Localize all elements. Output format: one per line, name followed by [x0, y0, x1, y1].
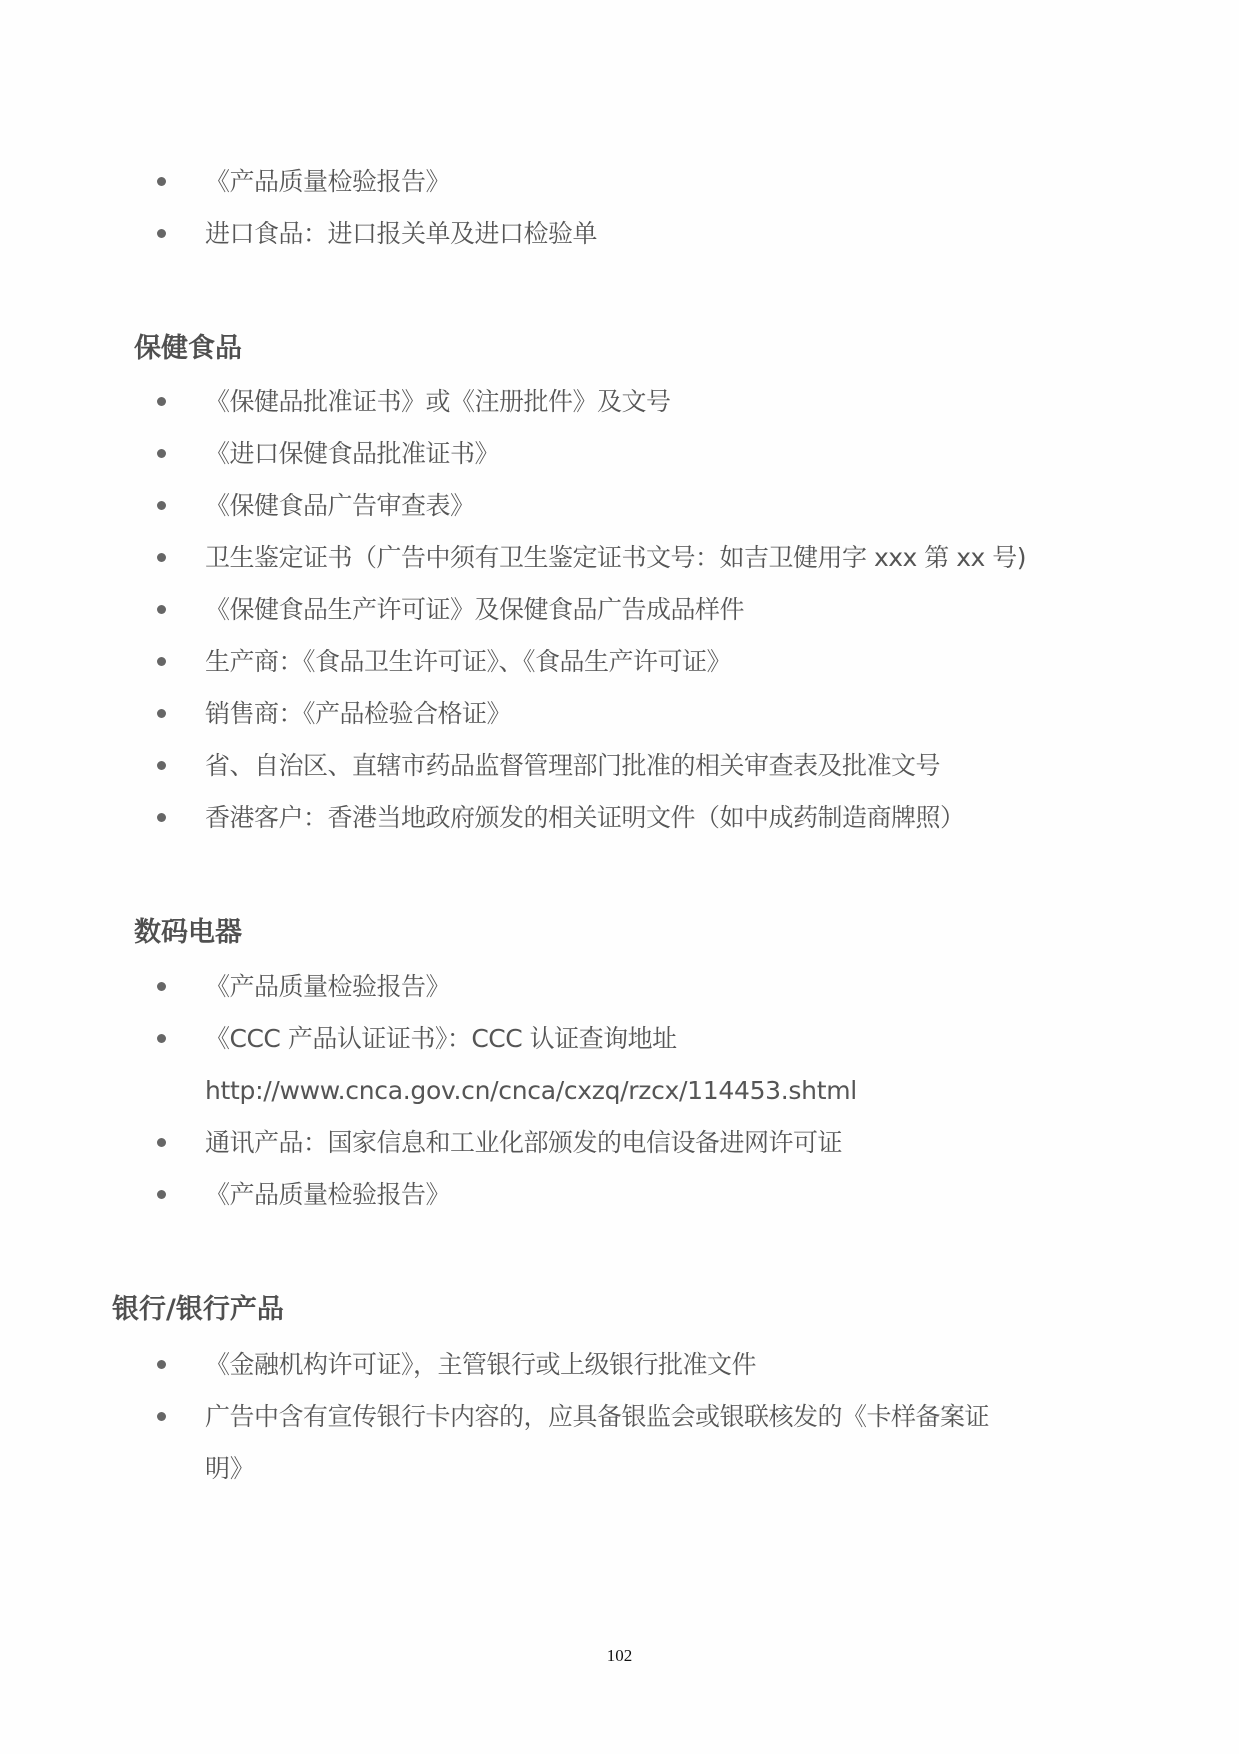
- list-item-text: 香港客户：香港当地政府颁发的相关证明文件（如中成药制造商牌照）: [205, 800, 965, 836]
- list-item-text: 省、自治区、直辖市药品监督管理部门批准的相关审查表及批准文号: [205, 748, 940, 784]
- bullet-icon: [157, 982, 166, 991]
- bullet-icon: [157, 449, 166, 458]
- bullet-icon: [157, 605, 166, 614]
- bullet-icon: [157, 709, 166, 718]
- list-item-text: 进口食品：进口报关单及进口检验单: [205, 216, 597, 252]
- bullet-icon: [157, 1412, 166, 1421]
- list-item-continuation: 明》: [205, 1451, 254, 1487]
- section-heading-digital-appliances: 数码电器: [134, 916, 242, 950]
- bullet-icon: [157, 177, 166, 186]
- bullet-icon: [157, 229, 166, 238]
- bullet-icon: [157, 1360, 166, 1369]
- bullet-icon: [157, 553, 166, 562]
- bullet-icon: [157, 813, 166, 822]
- list-item-text: 《保健品批准证书》或《注册批件》及文号: [205, 384, 671, 420]
- bullet-icon: [157, 1034, 166, 1043]
- page-number: 102: [0, 1646, 1239, 1666]
- list-item-text: 《产品质量检验报告》: [205, 969, 450, 1005]
- bullet-icon: [157, 397, 166, 406]
- bullet-icon: [157, 1138, 166, 1147]
- list-item-text: 《产品质量检验报告》: [205, 1177, 450, 1213]
- bullet-icon: [157, 1190, 166, 1199]
- section-heading-banking: 银行/银行产品: [112, 1293, 284, 1327]
- list-item-text: 《保健食品广告审查表》: [205, 488, 475, 524]
- list-item-text: 卫生鉴定证书（广告中须有卫生鉴定证书文号：如吉卫健用字 xxx 第 xx 号): [205, 540, 1026, 576]
- list-item-text: 通讯产品：国家信息和工业化部颁发的电信设备进网许可证: [205, 1125, 842, 1161]
- url-text: http://www.cnca.gov.cn/cnca/cxzq/rzcx/11…: [205, 1073, 857, 1109]
- list-item-text: 《保健食品生产许可证》及保健食品广告成品样件: [205, 592, 744, 628]
- list-item-text: 广告中含有宣传银行卡内容的，应具备银监会或银联核发的《卡样备案证: [205, 1399, 989, 1435]
- list-item-text: 《产品质量检验报告》: [205, 164, 450, 200]
- document-page: 《产品质量检验报告》 进口食品：进口报关单及进口检验单 保健食品 《保健品批准证…: [0, 0, 1239, 1754]
- list-item-text: 销售商：《产品检验合格证》: [205, 696, 511, 732]
- bullet-icon: [157, 761, 166, 770]
- list-item-text: 生产商：《食品卫生许可证》、《食品生产许可证》: [205, 644, 731, 680]
- bullet-icon: [157, 657, 166, 666]
- bullet-icon: [157, 501, 166, 510]
- list-item-text: 《进口保健食品批准证书》: [205, 436, 499, 472]
- list-item-text: 《CCC 产品认证证书》：CCC 认证查询地址: [205, 1021, 677, 1057]
- section-heading-health-food: 保健食品: [134, 332, 242, 366]
- list-item-text: 《金融机构许可证》，主管银行或上级银行批准文件: [205, 1347, 756, 1383]
